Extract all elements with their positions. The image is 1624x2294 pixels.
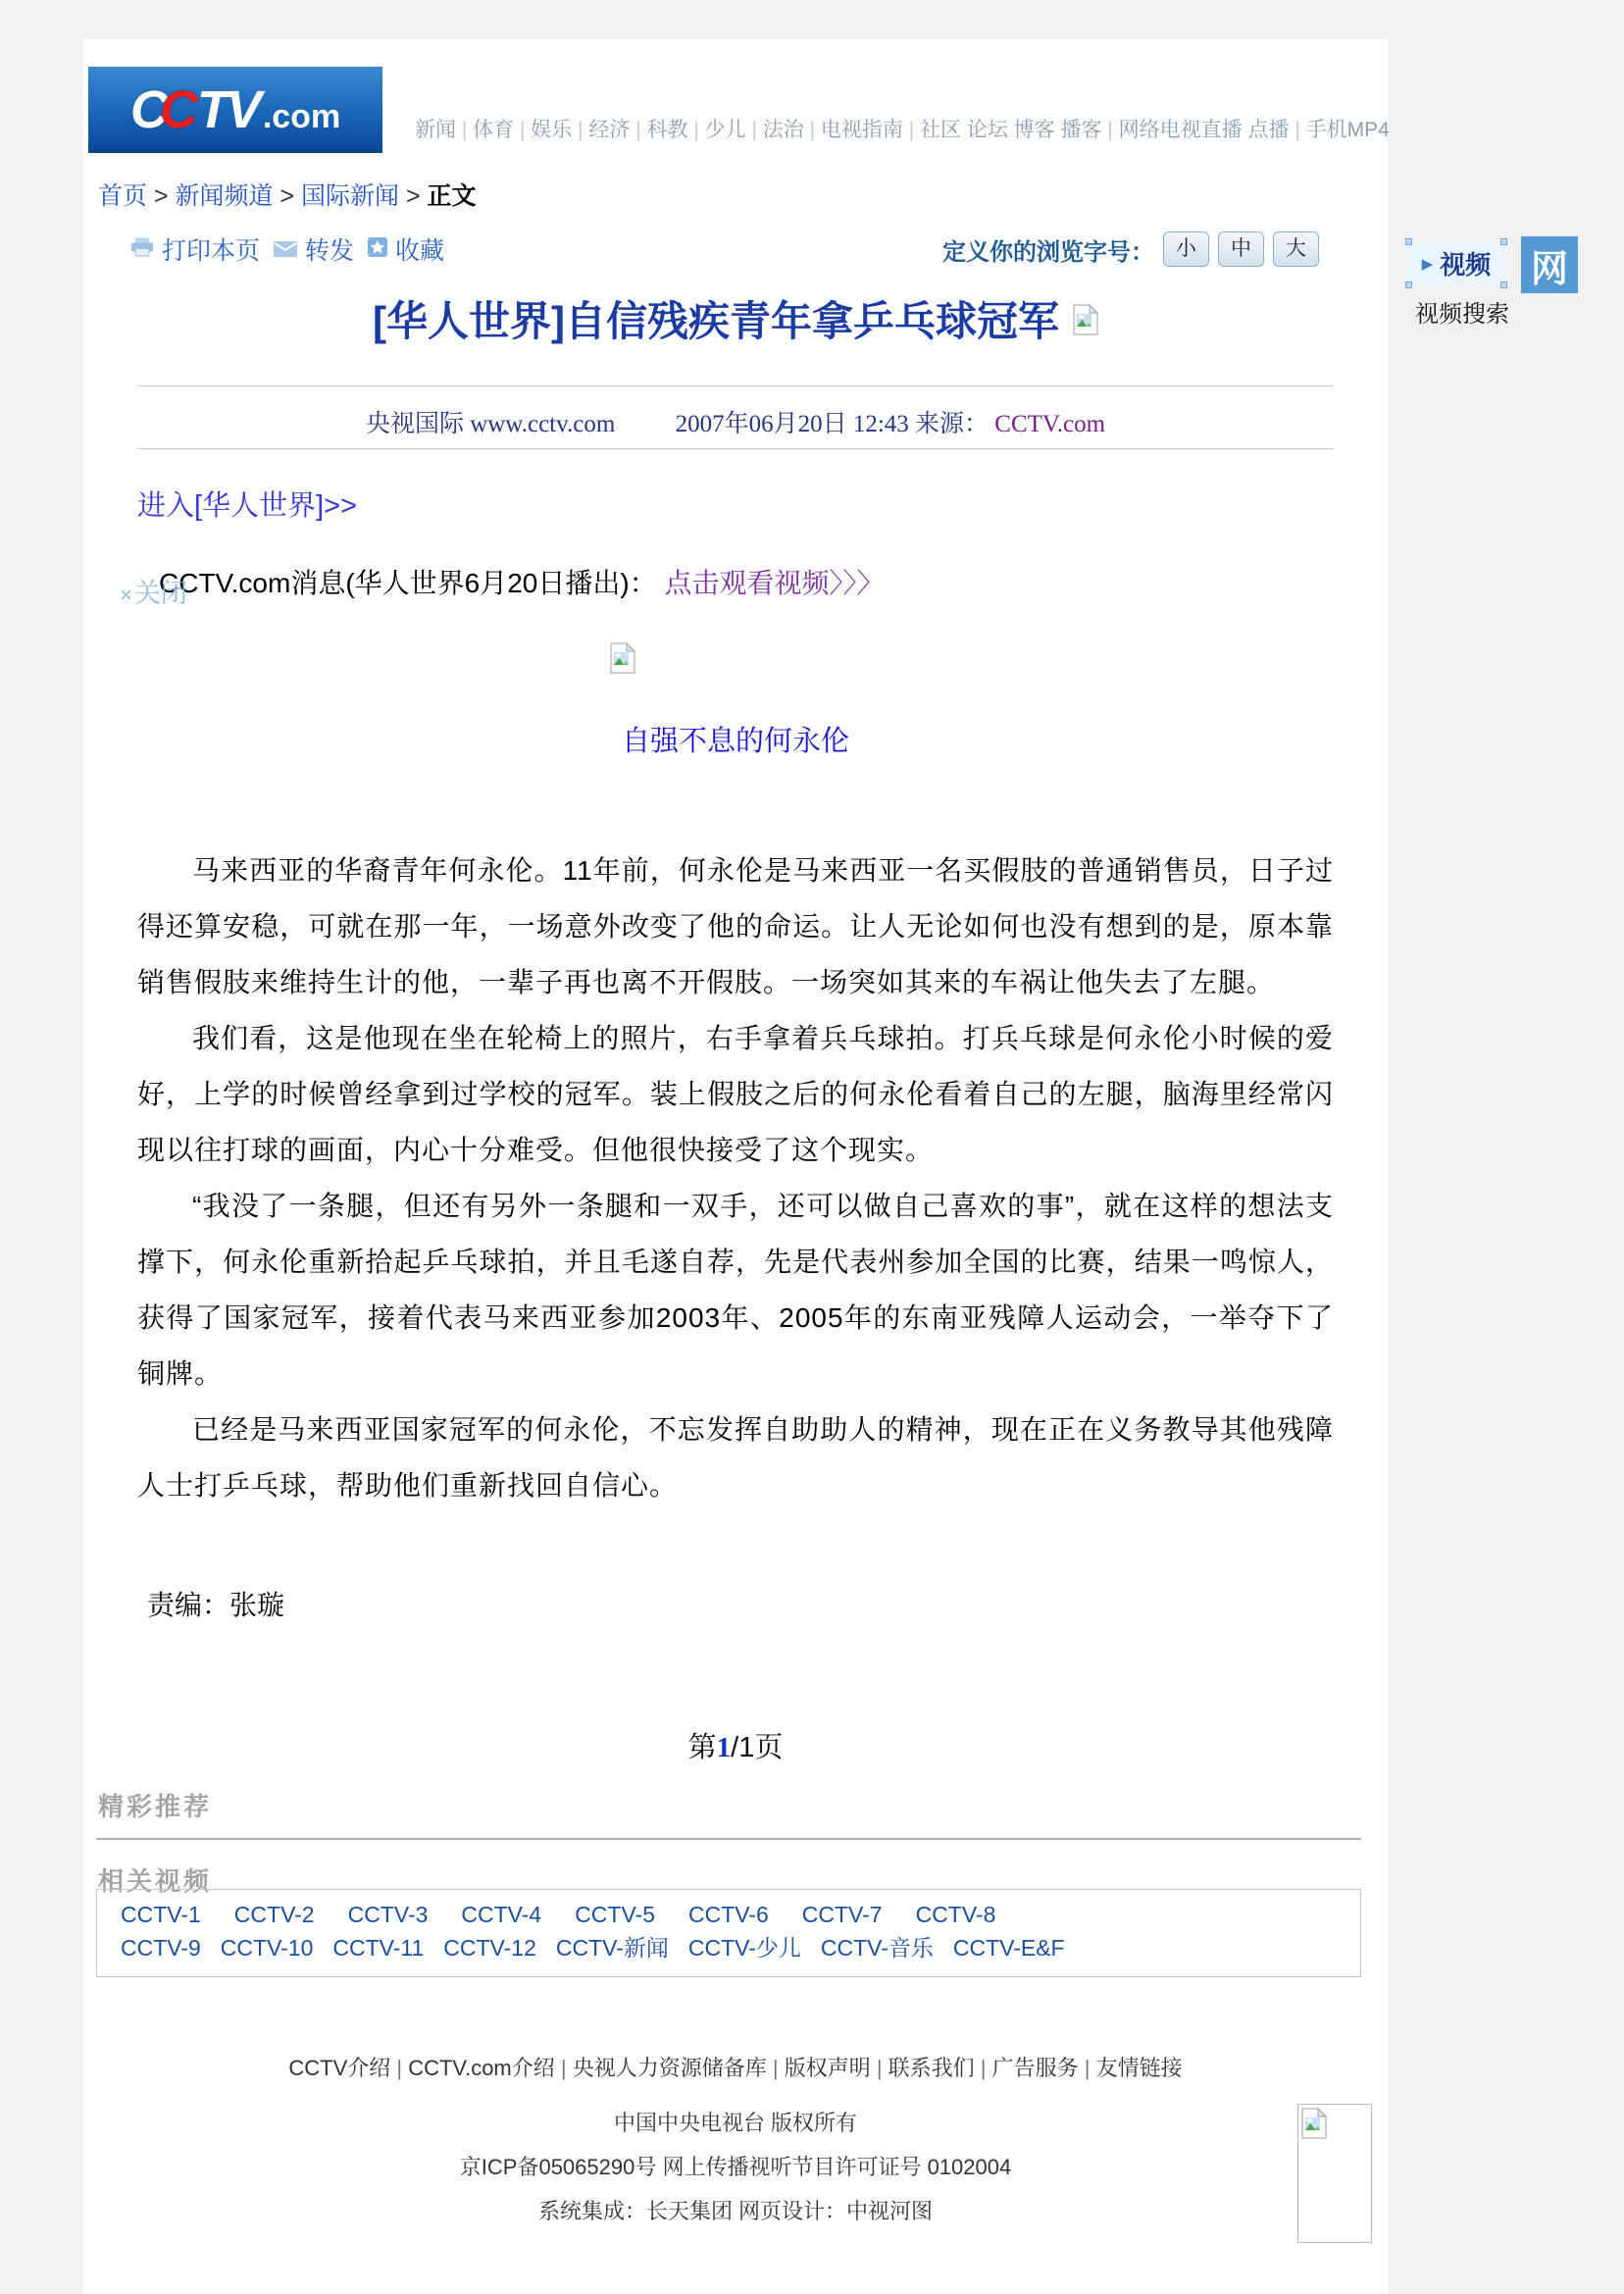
article-body: 马来西亚的华裔青年何永伦。11年前，何永伦是马来西亚一名买假肢的普通销售员，日子… xyxy=(137,842,1334,1513)
font-large-button[interactable]: 大 xyxy=(1273,231,1319,267)
page-number-current: 1 xyxy=(717,1732,732,1763)
article: [华人世界]自信残疾青年拿乒乓球冠军 央视国际 www.cctv.com 200… xyxy=(137,289,1334,1762)
channel-link[interactable]: CCTV-10 xyxy=(221,1931,314,1964)
selection-handle-icon xyxy=(1500,281,1507,288)
watch-video-link[interactable]: 点击观看视频〉〉〉 xyxy=(664,568,884,598)
meta-source-label: 来源： xyxy=(915,411,989,437)
envelope-icon xyxy=(274,235,297,264)
channel-link[interactable]: CCTV-11 xyxy=(332,1931,424,1964)
close-icon: × xyxy=(120,583,132,607)
channel-link[interactable]: CCTV-5 xyxy=(575,1898,655,1931)
breadcrumb-current: 正文 xyxy=(428,182,477,210)
page-number-prefix: 第 xyxy=(688,1732,717,1763)
page: CCTV.com 新闻体育娱乐经济科教少儿法治电视指南社区 论坛 博客 播客网络… xyxy=(0,0,1624,2294)
copyright-line: 京ICP备05065290号 网上传播视听节目许可证号 0102004 xyxy=(83,2145,1388,2189)
font-size-label: 定义你的浏览字号： xyxy=(942,232,1154,267)
channel-link[interactable]: CCTV-8 xyxy=(916,1898,996,1931)
breadcrumb-link[interactable]: 首页 xyxy=(98,182,176,210)
channel-link[interactable]: CCTV-2 xyxy=(234,1898,315,1931)
broken-image-icon xyxy=(1073,323,1098,339)
related-channels-box: CCTV-1CCTV-2CCTV-3CCTV-4CCTV-5CCTV-6CCTV… xyxy=(96,1889,1361,1977)
top-nav-item[interactable]: 电视指南 xyxy=(804,119,903,141)
broken-image-icon xyxy=(610,661,635,678)
toolbar-actions: 打印本页 转发 收藏 xyxy=(130,231,444,267)
channel-link[interactable]: CCTV-新闻 xyxy=(556,1931,669,1964)
channel-link[interactable]: CCTV-4 xyxy=(461,1898,541,1931)
footer-link[interactable]: 联系我们 xyxy=(871,2056,975,2080)
editor-line: 责编：张璇 xyxy=(137,1584,1334,1621)
page-number-rest: /1页 xyxy=(731,1732,783,1763)
top-nav: 新闻体育娱乐经济科教少儿法治电视指南社区 论坛 博客 播客网络电视直播 点播手机… xyxy=(415,114,1391,143)
copyright: 中国中央电视台 版权所有京ICP备05065290号 网上传播视听节目许可证号 … xyxy=(83,2101,1388,2233)
copyright-line: 系统集成：长天集团 网页设计：中视河图 xyxy=(83,2189,1388,2233)
play-icon: ▶ xyxy=(1422,255,1434,273)
channel-link[interactable]: CCTV-3 xyxy=(348,1898,429,1931)
footer-link[interactable]: 广告服务 xyxy=(975,2056,1079,2080)
channel-row-1: CCTV-1CCTV-2CCTV-3CCTV-4CCTV-5CCTV-6CCTV… xyxy=(121,1898,1350,1931)
forward-button[interactable]: 转发 xyxy=(274,231,354,267)
footer-links: CCTV介绍CCTV.com介绍央视人力资源储备库版权声明联系我们广告服务友情链… xyxy=(83,2052,1388,2082)
page-number: 第1/1页 xyxy=(137,1725,1334,1762)
footer-link[interactable]: 版权声明 xyxy=(767,2056,871,2080)
main-content-area: CCTV.com 新闻体育娱乐经济科教少儿法治电视指南社区 论坛 博客 播客网络… xyxy=(83,39,1388,2294)
selection-handle-icon xyxy=(1405,238,1412,245)
top-nav-item[interactable]: 法治 xyxy=(746,119,804,141)
top-nav-item[interactable]: 新闻 xyxy=(415,119,456,141)
channel-link[interactable]: CCTV-7 xyxy=(802,1898,883,1931)
video-tab[interactable]: ▶ 视频 xyxy=(1409,242,1503,284)
video-search-link[interactable]: 视频搜索 xyxy=(1415,294,1509,329)
channel-link[interactable]: CCTV-12 xyxy=(443,1931,536,1964)
footer-link[interactable]: 央视人力资源储备库 xyxy=(555,2056,767,2080)
article-title: [华人世界]自信残疾青年拿乒乓球冠军 xyxy=(373,298,1059,344)
printer-icon xyxy=(130,235,154,264)
logo-letters-tv: TV xyxy=(197,79,259,140)
footer-link[interactable]: CCTV.com介绍 xyxy=(390,2056,555,2080)
article-image-placeholder xyxy=(137,642,1334,676)
enter-program-link[interactable]: 进入[华人世界]>> xyxy=(137,484,1334,521)
channel-link[interactable]: CCTV-少儿 xyxy=(688,1931,801,1964)
print-button[interactable]: 打印本页 xyxy=(130,231,260,267)
close-button[interactable]: ×关闭 xyxy=(120,572,187,610)
top-nav-item[interactable]: 体育 xyxy=(456,119,514,141)
article-title-row: [华人世界]自信残疾青年拿乒乓球冠军 xyxy=(137,294,1334,359)
top-nav-item[interactable]: 少儿 xyxy=(688,119,746,141)
article-paragraph: “我没了一条腿，但还有另外一条腿和一双手，还可以做自己喜欢的事”，就在这样的想法… xyxy=(137,1178,1334,1402)
copyright-line: 中国中央电视台 版权所有 xyxy=(83,2101,1388,2145)
channel-link[interactable]: CCTV-音乐 xyxy=(821,1931,934,1964)
article-meta: 央视国际 www.cctv.com 2007年06月20日 12:43 来源： … xyxy=(137,404,1334,435)
logo-letter-red: C xyxy=(160,79,195,140)
channel-row-2: CCTV-9CCTV-10CCTV-11CCTV-12CCTV-新闻CCTV-少… xyxy=(121,1931,1350,1964)
toolbar: 打印本页 转发 收藏 定义你的浏览字号： 小 中 大 xyxy=(130,231,1319,267)
top-nav-item[interactable]: 社区 论坛 博客 播客 xyxy=(903,119,1102,141)
photo-caption-link[interactable]: 自强不息的何永伦 xyxy=(137,719,1334,756)
footer-link[interactable]: 友情链接 xyxy=(1079,2056,1183,2080)
channel-link[interactable]: CCTV-6 xyxy=(688,1898,769,1931)
top-nav-item[interactable]: 网络电视直播 点播 xyxy=(1102,119,1290,141)
article-message-line: ×关闭 CCTV.com消息(华人世界6月20日播出)： 点击观看视频〉〉〉 xyxy=(137,562,1334,601)
net-tab[interactable]: 网 xyxy=(1521,236,1578,293)
selection-handle-icon xyxy=(1405,281,1412,288)
font-medium-button[interactable]: 中 xyxy=(1218,231,1264,267)
recommend-section-title: 精彩推荐 xyxy=(98,1787,212,1823)
meta-site: 央视国际 www.cctv.com xyxy=(366,411,615,437)
top-nav-item[interactable]: 经济 xyxy=(572,119,630,141)
message-prefix: CCTV.com消息(华人世界6月20日播出)： xyxy=(159,568,657,598)
top-nav-item[interactable]: 科教 xyxy=(630,119,687,141)
breadcrumb: 首页新闻频道国际新闻正文 xyxy=(98,177,477,212)
top-nav-item[interactable]: 娱乐 xyxy=(514,119,572,141)
font-size-control: 定义你的浏览字号： 小 中 大 xyxy=(942,231,1319,267)
breadcrumb-link[interactable]: 国际新闻 xyxy=(301,182,428,210)
meta-source-link[interactable]: CCTV.com xyxy=(994,411,1105,437)
cctv-logo[interactable]: CCTV.com xyxy=(88,67,382,153)
channel-link[interactable]: CCTV-E&F xyxy=(953,1931,1065,1964)
article-paragraph: 马来西亚的华裔青年何永伦。11年前，何永伦是马来西亚一名买假肢的普通销售员，日子… xyxy=(137,842,1334,1010)
logo-dotcom: .com xyxy=(263,98,340,136)
channel-link[interactable]: CCTV-1 xyxy=(121,1898,201,1931)
close-label: 关闭 xyxy=(134,579,187,608)
divider xyxy=(137,448,1334,449)
meta-datetime: 2007年06月20日 12:43 xyxy=(676,411,909,437)
divider xyxy=(137,385,1334,386)
breadcrumb-link[interactable]: 新闻频道 xyxy=(176,182,302,210)
article-paragraph: 已经是马来西亚国家冠军的何永伦，不忘发挥自助助人的精神，现在正在义务教导其他残障… xyxy=(137,1402,1334,1513)
print-label: 打印本页 xyxy=(162,231,260,267)
font-small-button[interactable]: 小 xyxy=(1163,231,1209,267)
favorite-label: 收藏 xyxy=(395,231,444,267)
footer-image-placeholder xyxy=(1297,2104,1372,2243)
footer-link[interactable]: CCTV介绍 xyxy=(288,2056,390,2080)
article-paragraph: 我们看，这是他现在坐在轮椅上的照片，右手拿着兵乓球拍。打兵乓球是何永伦小时候的爱… xyxy=(137,1010,1334,1178)
favorite-button[interactable]: 收藏 xyxy=(368,231,444,267)
divider xyxy=(96,1838,1361,1840)
selection-handle-icon xyxy=(1500,238,1507,245)
broken-image-icon xyxy=(1301,2126,1327,2143)
channel-link[interactable]: CCTV-9 xyxy=(121,1931,201,1964)
star-icon xyxy=(368,235,387,264)
video-tab-label: 视频 xyxy=(1440,245,1491,281)
top-nav-item[interactable]: 手机MP4 xyxy=(1289,119,1389,141)
forward-label: 转发 xyxy=(305,231,354,267)
